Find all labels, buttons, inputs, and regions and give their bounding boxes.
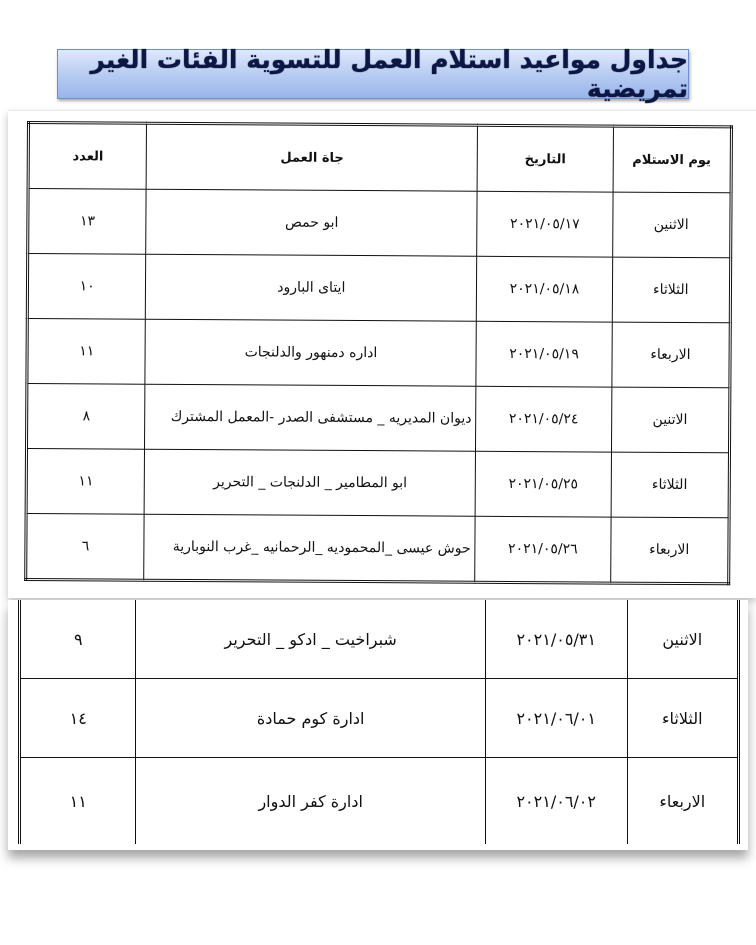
cell-date: ٢٠٢١/٠٥/٢٥: [475, 451, 611, 517]
cell-day: الاربعاء: [610, 517, 729, 584]
cell-day: الثلاثاء: [611, 452, 730, 518]
cell-count: ١١: [20, 758, 136, 845]
cell-place: اداره دمنهور والدلنجات: [145, 319, 476, 386]
header-day: يوم الاستلام: [613, 126, 732, 193]
cell-date: ٢٠٢١/٠٦/٠١: [485, 679, 627, 758]
cell-day: الثلاثاء: [627, 679, 738, 758]
cell-count: ١٠: [27, 254, 146, 320]
table-row: الاثنين ٢٠٢١/٠٥/٣١ شبراخيت _ ادكو _ التح…: [20, 600, 739, 679]
cell-place: ابو حمص: [146, 189, 477, 256]
cell-date: ٢٠٢١/٠٥/١٨: [477, 256, 613, 322]
cell-count: ١٣: [28, 189, 147, 255]
cell-date: ٢٠٢١/٠٥/٢٤: [476, 386, 612, 452]
cell-day: الاربعاء: [612, 322, 731, 388]
cell-place: شبراخيت _ ادكو _ التحرير: [136, 600, 485, 679]
header-place: جاة العمل: [146, 123, 477, 191]
cell-date: ٢٠٢١/٠٥/١٩: [476, 321, 612, 387]
cell-count: ٨: [26, 384, 145, 450]
cell-count: ١١: [27, 319, 146, 385]
cell-count: ١٤: [20, 679, 136, 758]
table-row: الثلاثاء ٢٠٢١/٠٦/٠١ ادارة كوم حمادة ١٤: [20, 679, 739, 758]
table-row: الاربعاء ٢٠٢١/٠٦/٠٢ ادارة كفر الدوار ١١: [20, 758, 739, 845]
schedule-sheet-part-1: يوم الاستلام التاريخ جاة العمل العدد الا…: [8, 110, 756, 598]
cell-day: الاثنين: [612, 192, 731, 258]
cell-day: الاثنين: [627, 600, 738, 679]
cell-place: ابو المطامير _ الدلنجات _ التحرير: [144, 449, 475, 516]
schedule-sheet-part-2: الاثنين ٢٠٢١/٠٥/٣١ شبراخيت _ ادكو _ التح…: [8, 600, 748, 850]
cell-date: ٢٠٢١/٠٥/٣١: [485, 600, 627, 679]
header-count: العدد: [28, 123, 147, 190]
cell-place: ادارة كوم حمادة: [136, 679, 485, 758]
cell-count: ١١: [26, 449, 145, 515]
cell-count: ٩: [20, 600, 136, 679]
page-title: جداول مواعيد استلام العمل للتسوية الفئات…: [58, 45, 688, 103]
cell-day: الاربعاء: [627, 758, 738, 845]
cell-day: الثلاثاء: [612, 257, 731, 323]
cell-place: ديوان المديريه _ مستشفى الصدر -المعمل ال…: [145, 384, 476, 451]
schedule-table: يوم الاستلام التاريخ جاة العمل العدد الا…: [24, 121, 733, 585]
table-row: الاثنين ٢٠٢١/٠٥/١٧ ابو حمص ١٣: [28, 189, 731, 258]
table-row: الاتنين ٢٠٢١/٠٥/٢٤ ديوان المديريه _ مستش…: [26, 384, 729, 453]
table-row: الثلاثاء ٢٠٢١/٠٥/١٨ ايتاى البارود ١٠: [27, 254, 730, 323]
cell-place: ايتاى البارود: [146, 254, 477, 321]
cell-date: ٢٠٢١/٠٦/٠٢: [485, 758, 627, 845]
cell-date: ٢٠٢١/٠٥/٢٦: [475, 516, 611, 583]
table-row: الثلاثاء ٢٠٢١/٠٥/٢٥ ابو المطامير _ الدلن…: [26, 449, 729, 518]
schedule-table-continued: الاثنين ٢٠٢١/٠٥/٣١ شبراخيت _ ادكو _ التح…: [18, 600, 740, 844]
cell-count: ٦: [26, 514, 145, 581]
cell-day: الاتنين: [611, 387, 730, 453]
cell-place: حوش عيسى _المحموديه _الرحمانيه _غرب النو…: [144, 514, 475, 582]
cell-place: ادارة كفر الدوار: [136, 758, 485, 845]
cell-date: ٢٠٢١/٠٥/١٧: [477, 191, 613, 257]
table-row: الاربعاء ٢٠٢١/٠٥/٢٦ حوش عيسى _المحموديه …: [26, 514, 729, 584]
title-banner: جداول مواعيد استلام العمل للتسوية الفئات…: [57, 49, 689, 99]
table-header-row: يوم الاستلام التاريخ جاة العمل العدد: [28, 123, 731, 193]
header-date: التاريخ: [477, 125, 613, 192]
table-row: الاربعاء ٢٠٢١/٠٥/١٩ اداره دمنهور والدلنج…: [27, 319, 730, 388]
